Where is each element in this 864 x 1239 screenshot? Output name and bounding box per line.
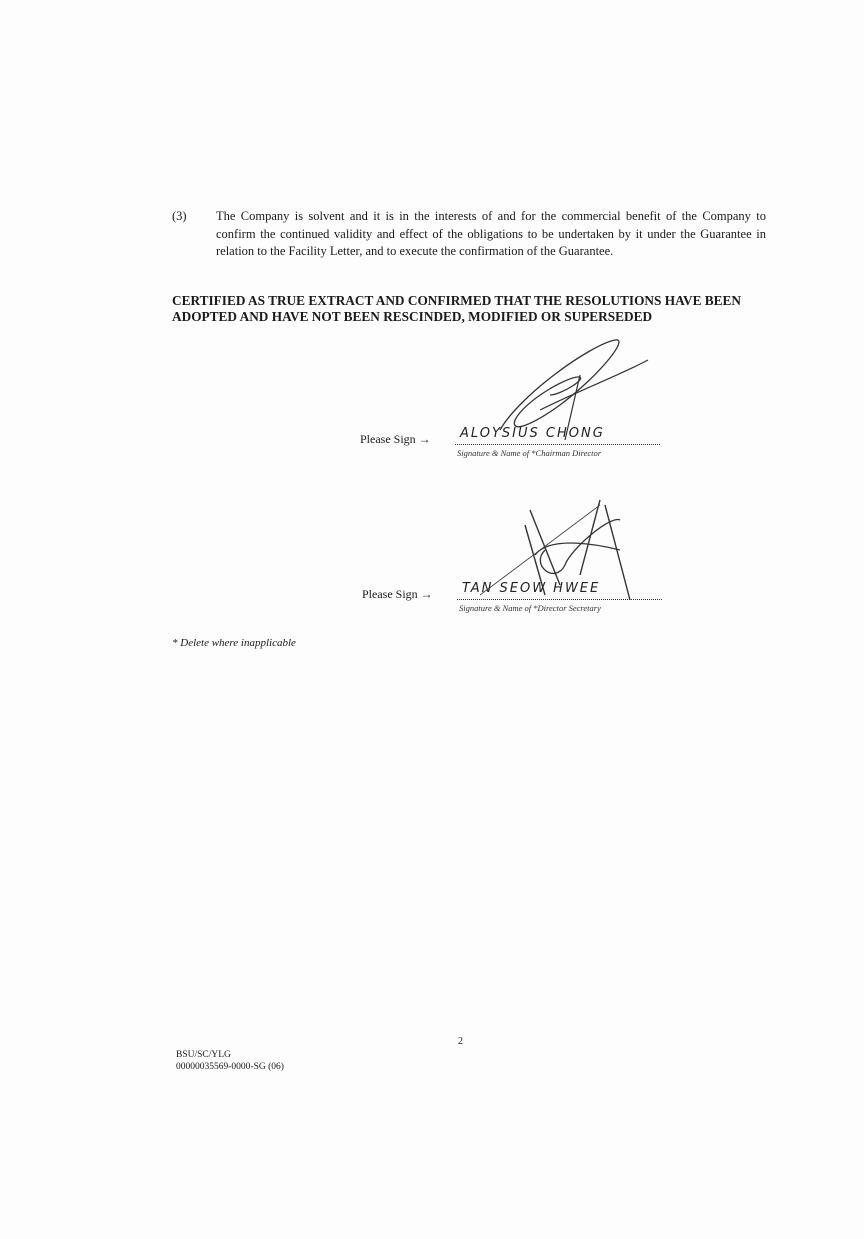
footnote: * Delete where inapplicable — [172, 637, 296, 649]
please-sign-label: Please Sign → — [360, 432, 431, 447]
reference-line-1: BSU/SC/YLG — [176, 1049, 284, 1061]
clause-number: (3) — [172, 208, 187, 226]
signature-line — [455, 444, 660, 445]
handwritten-name: ALOYSIUS CHONG — [460, 426, 605, 441]
signature-caption: Signature & Name of *Director Secretary — [459, 603, 601, 613]
clause-text: The Company is solvent and it is in the … — [216, 208, 766, 261]
signature-caption: Signature & Name of *Chairman Director — [457, 448, 601, 458]
document-reference: BSU/SC/YLG 00000035569-0000-SG (06) — [176, 1049, 284, 1073]
handwritten-name: TAN SEOW HWEE — [462, 581, 600, 596]
page-number: 2 — [458, 1036, 463, 1047]
reference-line-2: 00000035569-0000-SG (06) — [176, 1061, 284, 1073]
signature-line — [457, 599, 662, 600]
please-sign-label: Please Sign → — [362, 587, 433, 602]
certification-statement: CERTIFIED AS TRUE EXTRACT AND CONFIRMED … — [172, 293, 772, 325]
